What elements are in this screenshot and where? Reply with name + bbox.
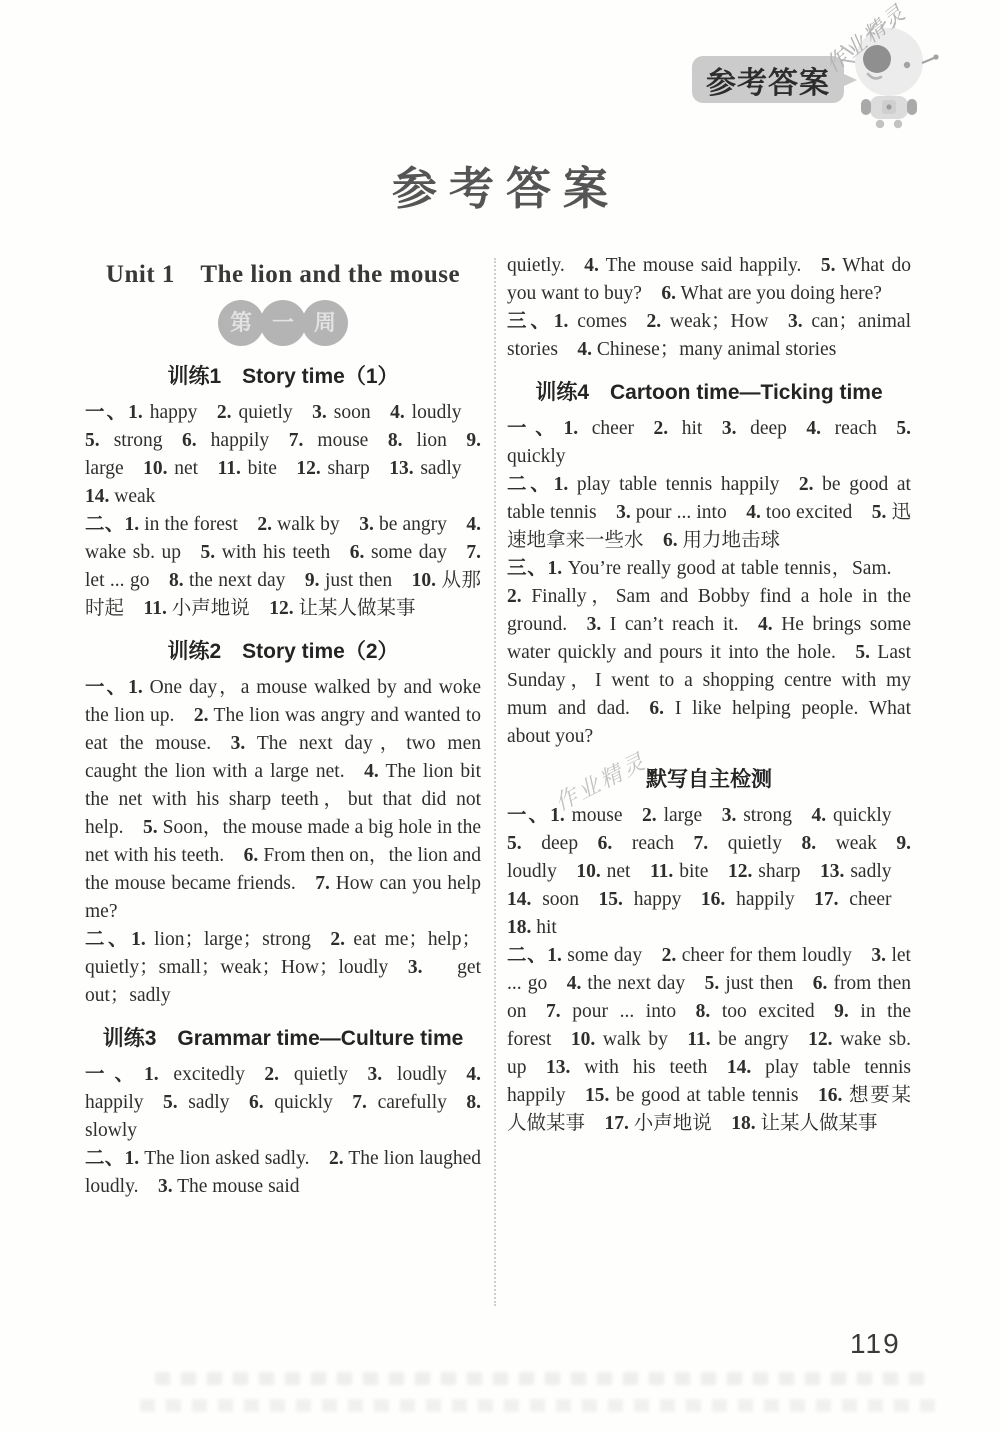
item-number: 6. <box>649 698 664 719</box>
item-number: 3. <box>368 1064 383 1085</box>
item-number: 1. <box>547 945 562 966</box>
section-title: 训练4 Cartoon time—Ticking time <box>507 376 911 406</box>
answer-columns: Unit 1 The lion and the mouse第一周训练1 Stor… <box>85 252 911 1306</box>
item-number: 3. <box>158 1176 173 1197</box>
item-number: 14. <box>727 1057 751 1078</box>
item-number: 3. <box>231 733 246 754</box>
list-prefix: 二、 <box>507 945 547 966</box>
item-number: 3. <box>788 311 803 332</box>
item-number: 4. <box>466 514 481 535</box>
item-number: 7. <box>289 430 304 451</box>
page-title: 参考答案 <box>0 152 1000 217</box>
item-number: 1. <box>125 514 140 535</box>
item-number: 14. <box>507 889 531 910</box>
item-number: 2. <box>507 586 522 607</box>
item-number: 1. <box>128 677 143 698</box>
item-number: 9. <box>834 1001 849 1022</box>
item-number: 10. <box>412 570 436 591</box>
item-number: 2. <box>329 1148 344 1169</box>
item-number: 15. <box>585 1085 609 1106</box>
item-number: 1. <box>125 1148 140 1169</box>
item-number: 2. <box>264 1064 279 1085</box>
item-number: 5. <box>163 1092 178 1113</box>
item-number: 1. <box>128 402 143 423</box>
item-number: 17. <box>605 1113 629 1134</box>
item-number: 12. <box>808 1029 832 1050</box>
answer-paragraph: 一、1. cheer 2. hit 3. deep 4. reach 5. qu… <box>507 415 911 471</box>
item-number: 2. <box>257 514 272 535</box>
week-badge-circle: 一 <box>260 300 306 346</box>
item-number: 9. <box>466 430 481 451</box>
item-number: 9. <box>896 833 911 854</box>
answer-paragraph: 一、1. excitedly 2. quietly 3. loudly 4. h… <box>85 1061 481 1145</box>
item-number: 4. <box>567 973 582 994</box>
item-number: 6. <box>813 973 828 994</box>
item-number: 2. <box>653 418 668 439</box>
page-number: 119 <box>850 1328 901 1360</box>
answer-paragraph: 一、1. mouse 2. large 3. strong 4. quickly… <box>507 802 911 942</box>
list-prefix: 一、 <box>507 418 564 439</box>
item-number: 1. <box>564 418 579 439</box>
week-badge-circle: 第 <box>218 300 264 346</box>
item-number: 3. <box>587 614 602 635</box>
week-badge: 第一周 <box>85 300 481 346</box>
item-number: 16. <box>701 889 725 910</box>
item-number: 15. <box>599 889 623 910</box>
item-number: 17. <box>814 889 838 910</box>
item-number: 5. <box>507 833 522 854</box>
item-number: 6. <box>350 542 365 563</box>
item-number: 7. <box>694 833 709 854</box>
item-number: 7. <box>315 873 330 894</box>
list-prefix: 三、 <box>507 558 547 579</box>
item-number: 4. <box>390 402 405 423</box>
unit-title: Unit 1 The lion and the mouse <box>85 254 481 290</box>
item-number: 2. <box>642 805 657 826</box>
item-number: 4. <box>806 418 821 439</box>
item-number: 12. <box>296 458 320 479</box>
item-number: 8. <box>696 1001 711 1022</box>
item-number: 5. <box>821 255 836 276</box>
item-number: 11. <box>687 1029 710 1050</box>
item-number: 4. <box>746 502 761 523</box>
item-number: 4. <box>584 255 599 276</box>
robot-mascot-icon <box>833 16 945 130</box>
week-badge-circle: 周 <box>302 300 348 346</box>
item-number: 2. <box>799 474 814 495</box>
item-number: 5. <box>896 418 911 439</box>
item-number: 5. <box>872 502 887 523</box>
item-number: 2. <box>330 929 345 950</box>
answer-paragraph: 三、1. comes 2. weak；How 3. can；animal sto… <box>507 308 911 364</box>
reference-answers-badge-label: 参考答案 <box>706 58 830 102</box>
answer-paragraph: 二、1. play table tennis happily 2. be goo… <box>507 471 911 555</box>
left-column: Unit 1 The lion and the mouse第一周训练1 Stor… <box>85 252 481 1201</box>
answer-paragraph: 二、1. lion；large；strong 2. eat me；help；qu… <box>85 926 481 1010</box>
item-number: 3. <box>616 502 631 523</box>
item-number: 9. <box>305 570 320 591</box>
item-number: 4. <box>466 1064 481 1085</box>
item-number: 12. <box>269 598 293 619</box>
item-number: 11. <box>218 458 241 479</box>
item-number: 13. <box>389 458 413 479</box>
item-number: 8. <box>388 430 403 451</box>
item-number: 7. <box>546 1001 561 1022</box>
bleed-through-text <box>140 1399 945 1412</box>
reference-answers-badge: 参考答案 <box>692 56 844 103</box>
item-number: 4. <box>577 339 592 360</box>
item-number: 4. <box>364 761 379 782</box>
item-number: 13. <box>546 1057 570 1078</box>
item-number: 1. <box>554 474 569 495</box>
list-prefix: 一、 <box>85 402 128 423</box>
item-number: 1. <box>547 558 562 579</box>
item-number: 7. <box>352 1092 367 1113</box>
item-number: 7. <box>466 542 481 563</box>
item-number: 4. <box>758 614 773 635</box>
item-number: 2. <box>194 705 209 726</box>
list-prefix: 一、 <box>85 1064 144 1085</box>
answer-paragraph: 二、1. in the forest 2. walk by 3. be angr… <box>85 511 481 623</box>
item-number: 5. <box>143 817 158 838</box>
item-number: 3. <box>408 957 423 978</box>
item-number: 8. <box>466 1092 481 1113</box>
section-title: 训练1 Story time（1） <box>85 360 481 390</box>
item-number: 3. <box>871 945 886 966</box>
item-number: 12. <box>728 861 752 882</box>
item-number: 18. <box>507 917 531 938</box>
workbook-answer-page: 参考答案 作业精灵 参考答案 Unit 1 The lion and the m… <box>0 0 1000 1432</box>
answer-paragraph: 二、1. The lion asked sadly. 2. The lion l… <box>85 1145 481 1201</box>
item-number: 11. <box>650 861 673 882</box>
item-number: 6. <box>661 283 676 304</box>
item-number: 2. <box>662 945 677 966</box>
right-column: quietly. 4. The mouse said happily. 5. W… <box>507 252 911 1138</box>
item-number: 5. <box>855 642 870 663</box>
list-prefix: 二、 <box>85 514 125 535</box>
section-title: 训练2 Story time（2） <box>85 635 481 665</box>
list-prefix: 三、 <box>507 311 554 332</box>
list-prefix: 二、 <box>85 1148 125 1169</box>
item-number: 1. <box>550 805 565 826</box>
item-number: 1. <box>554 311 569 332</box>
answer-paragraph: 二、1. some day 2. cheer for them loudly 3… <box>507 942 911 1138</box>
item-number: 3. <box>312 402 327 423</box>
item-number: 13. <box>820 861 844 882</box>
item-number: 18. <box>731 1113 755 1134</box>
answer-paragraph: 一、1. happy 2. quietly 3. soon 4. loudly … <box>85 399 481 511</box>
item-number: 2. <box>647 311 662 332</box>
bleed-through-text <box>155 1372 935 1385</box>
item-number: 6. <box>663 530 678 551</box>
item-number: 16. <box>818 1085 842 1106</box>
list-prefix: 一、 <box>507 805 550 826</box>
item-number: 8. <box>169 570 184 591</box>
item-number: 5. <box>705 973 720 994</box>
item-number: 11. <box>144 598 167 619</box>
item-number: 6. <box>244 845 259 866</box>
item-number: 6. <box>182 430 197 451</box>
item-number: 14. <box>85 486 109 507</box>
item-number: 3. <box>722 418 737 439</box>
list-prefix: 二、 <box>507 474 554 495</box>
item-number: 1. <box>144 1064 159 1085</box>
item-number: 6. <box>598 833 613 854</box>
item-number: 8. <box>801 833 816 854</box>
item-number: 10. <box>576 861 600 882</box>
item-number: 1. <box>131 929 146 950</box>
answer-paragraph: 三、1. You’re really good at table tennis，… <box>507 555 911 751</box>
item-number: 5. <box>85 430 100 451</box>
answer-paragraph: quietly. 4. The mouse said happily. 5. W… <box>507 252 911 308</box>
item-number: 2. <box>217 402 232 423</box>
answer-paragraph: 一、1. One day，a mouse walked by and woke … <box>85 674 481 926</box>
item-number: 4. <box>811 805 826 826</box>
column-divider <box>494 258 496 1306</box>
list-prefix: 二、 <box>85 929 131 950</box>
item-number: 3. <box>359 514 374 535</box>
item-number: 10. <box>571 1029 595 1050</box>
item-number: 6. <box>249 1092 264 1113</box>
section-title: 训练3 Grammar time—Culture time <box>85 1022 481 1052</box>
item-number: 3. <box>722 805 737 826</box>
list-prefix: 一、 <box>85 677 128 698</box>
section-title: 默写自主检测 <box>507 763 911 793</box>
item-number: 5. <box>201 542 216 563</box>
item-number: 10. <box>143 458 167 479</box>
